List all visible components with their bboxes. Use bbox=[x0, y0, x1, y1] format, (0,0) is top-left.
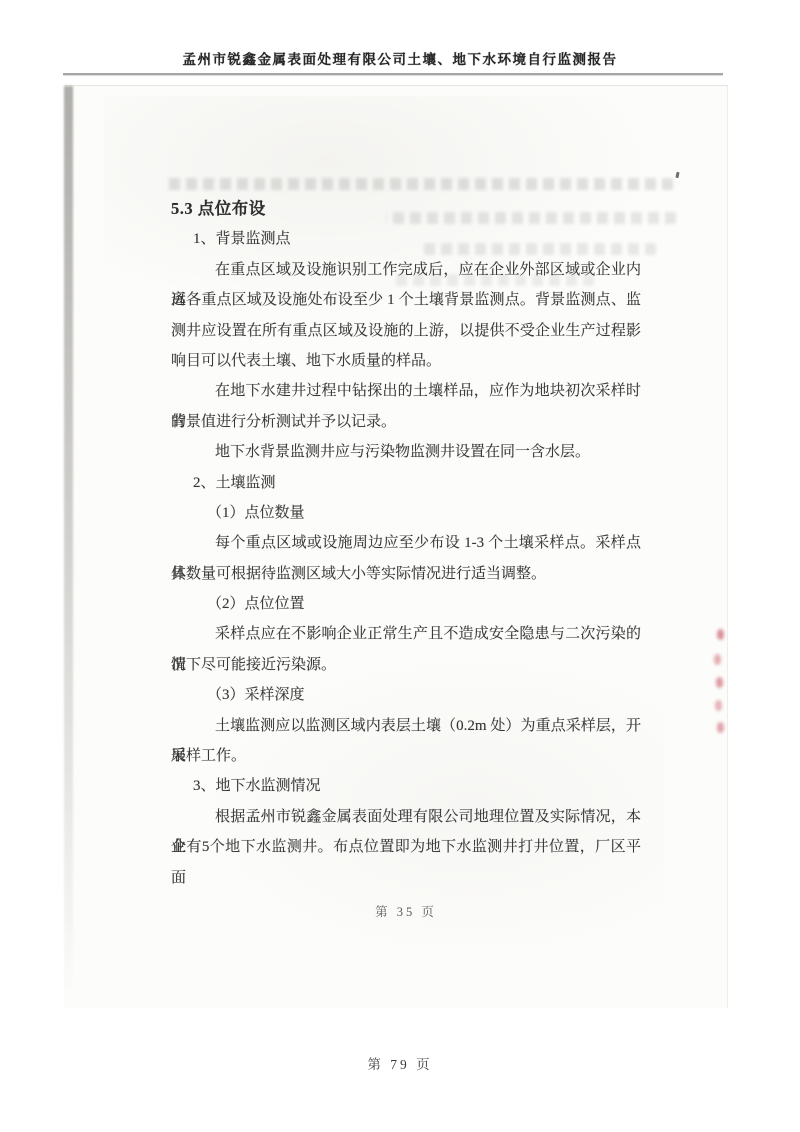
seal-bleed-mark bbox=[717, 722, 724, 733]
text-line: 测井应设置在所有重点区域及设施的上游，以提供不受企业生产过程影 bbox=[171, 316, 641, 346]
seal-bleed-mark bbox=[716, 677, 723, 688]
list-item: 2、土壤监测 bbox=[171, 468, 641, 498]
inner-page-number: 第 35 页 bbox=[171, 902, 641, 920]
list-item: 3、地下水监测情况 bbox=[171, 771, 641, 801]
text-line: 响目可以代表土壤、地下水质量的样品。 bbox=[171, 346, 641, 376]
text-line: 土壤监测应以监测区域内表层土壤（0.2m 处）为重点采样层，开展 bbox=[171, 711, 641, 741]
document-viewer-page: 孟州市锐鑫金属表面处理有限公司土壤、地下水环境自行监测报告 5.3 点位布设 1… bbox=[0, 0, 800, 1132]
scan-edge-shadow bbox=[64, 86, 73, 996]
text-line: 根据孟州市锐鑫金属表面处理有限公司地理位置及实际情况，本企 bbox=[171, 802, 641, 832]
text-line: 地下水背景监测井应与污染物监测井设置在同一含水层。 bbox=[171, 437, 641, 467]
seal-bleed-mark bbox=[714, 654, 721, 665]
text-line: 采样点应在不影响企业正常生产且不造成安全隐患与二次污染的情 bbox=[171, 619, 641, 649]
report-header-title: 孟州市锐鑫金属表面处理有限公司土壤、地下水环境自行监测报告 bbox=[0, 48, 800, 68]
list-item: 1、背景监测点 bbox=[171, 224, 641, 254]
sub-heading: （2）点位位置 bbox=[171, 589, 641, 619]
header-rule bbox=[63, 73, 723, 76]
seal-bleed-mark bbox=[715, 700, 722, 711]
text-line: 每个重点区域或设施周边应至少布设 1-3 个土壤采样点。采样点具 bbox=[171, 528, 641, 558]
sub-heading: （1）点位数量 bbox=[171, 498, 641, 528]
sub-heading: （3）采样深度 bbox=[171, 680, 641, 710]
scanned-page: 5.3 点位布设 1、背景监测点 在重点区域及设施识别工作完成后，应在企业外部区… bbox=[64, 85, 728, 1008]
text-line: 背景值进行分析测试并予以记录。 bbox=[171, 407, 641, 437]
footer-page-number: 第 79 页 bbox=[0, 1053, 800, 1073]
section-heading: 5.3 点位布设 bbox=[171, 194, 641, 224]
text-line: 离各重点区域及设施处布设至少 1 个土壤背景监测点。背景监测点、监 bbox=[171, 285, 641, 315]
text-line: 在地下水建井过程中钻探出的土壤样品，应作为地块初次采样时的 bbox=[171, 376, 641, 406]
seal-bleed-mark bbox=[717, 629, 724, 640]
text-line: 在重点区域及设施识别工作完成后，应在企业外部区域或企业内远 bbox=[171, 255, 641, 285]
text-line: 采样工作。 bbox=[171, 741, 641, 771]
text-line: 况下尽可能接近污染源。 bbox=[171, 650, 641, 680]
text-line: 体数量可根据待监测区域大小等实际情况进行适当调整。 bbox=[171, 559, 641, 589]
text-line: 业有5个地下水监测井。布点位置即为地下水监测井打井位置，厂区平面 bbox=[171, 832, 641, 862]
bleed-through-text bbox=[168, 178, 673, 190]
ink-speck bbox=[675, 172, 679, 178]
body-text-column: 5.3 点位布设 1、背景监测点 在重点区域及设施识别工作完成后，应在企业外部区… bbox=[171, 194, 641, 863]
